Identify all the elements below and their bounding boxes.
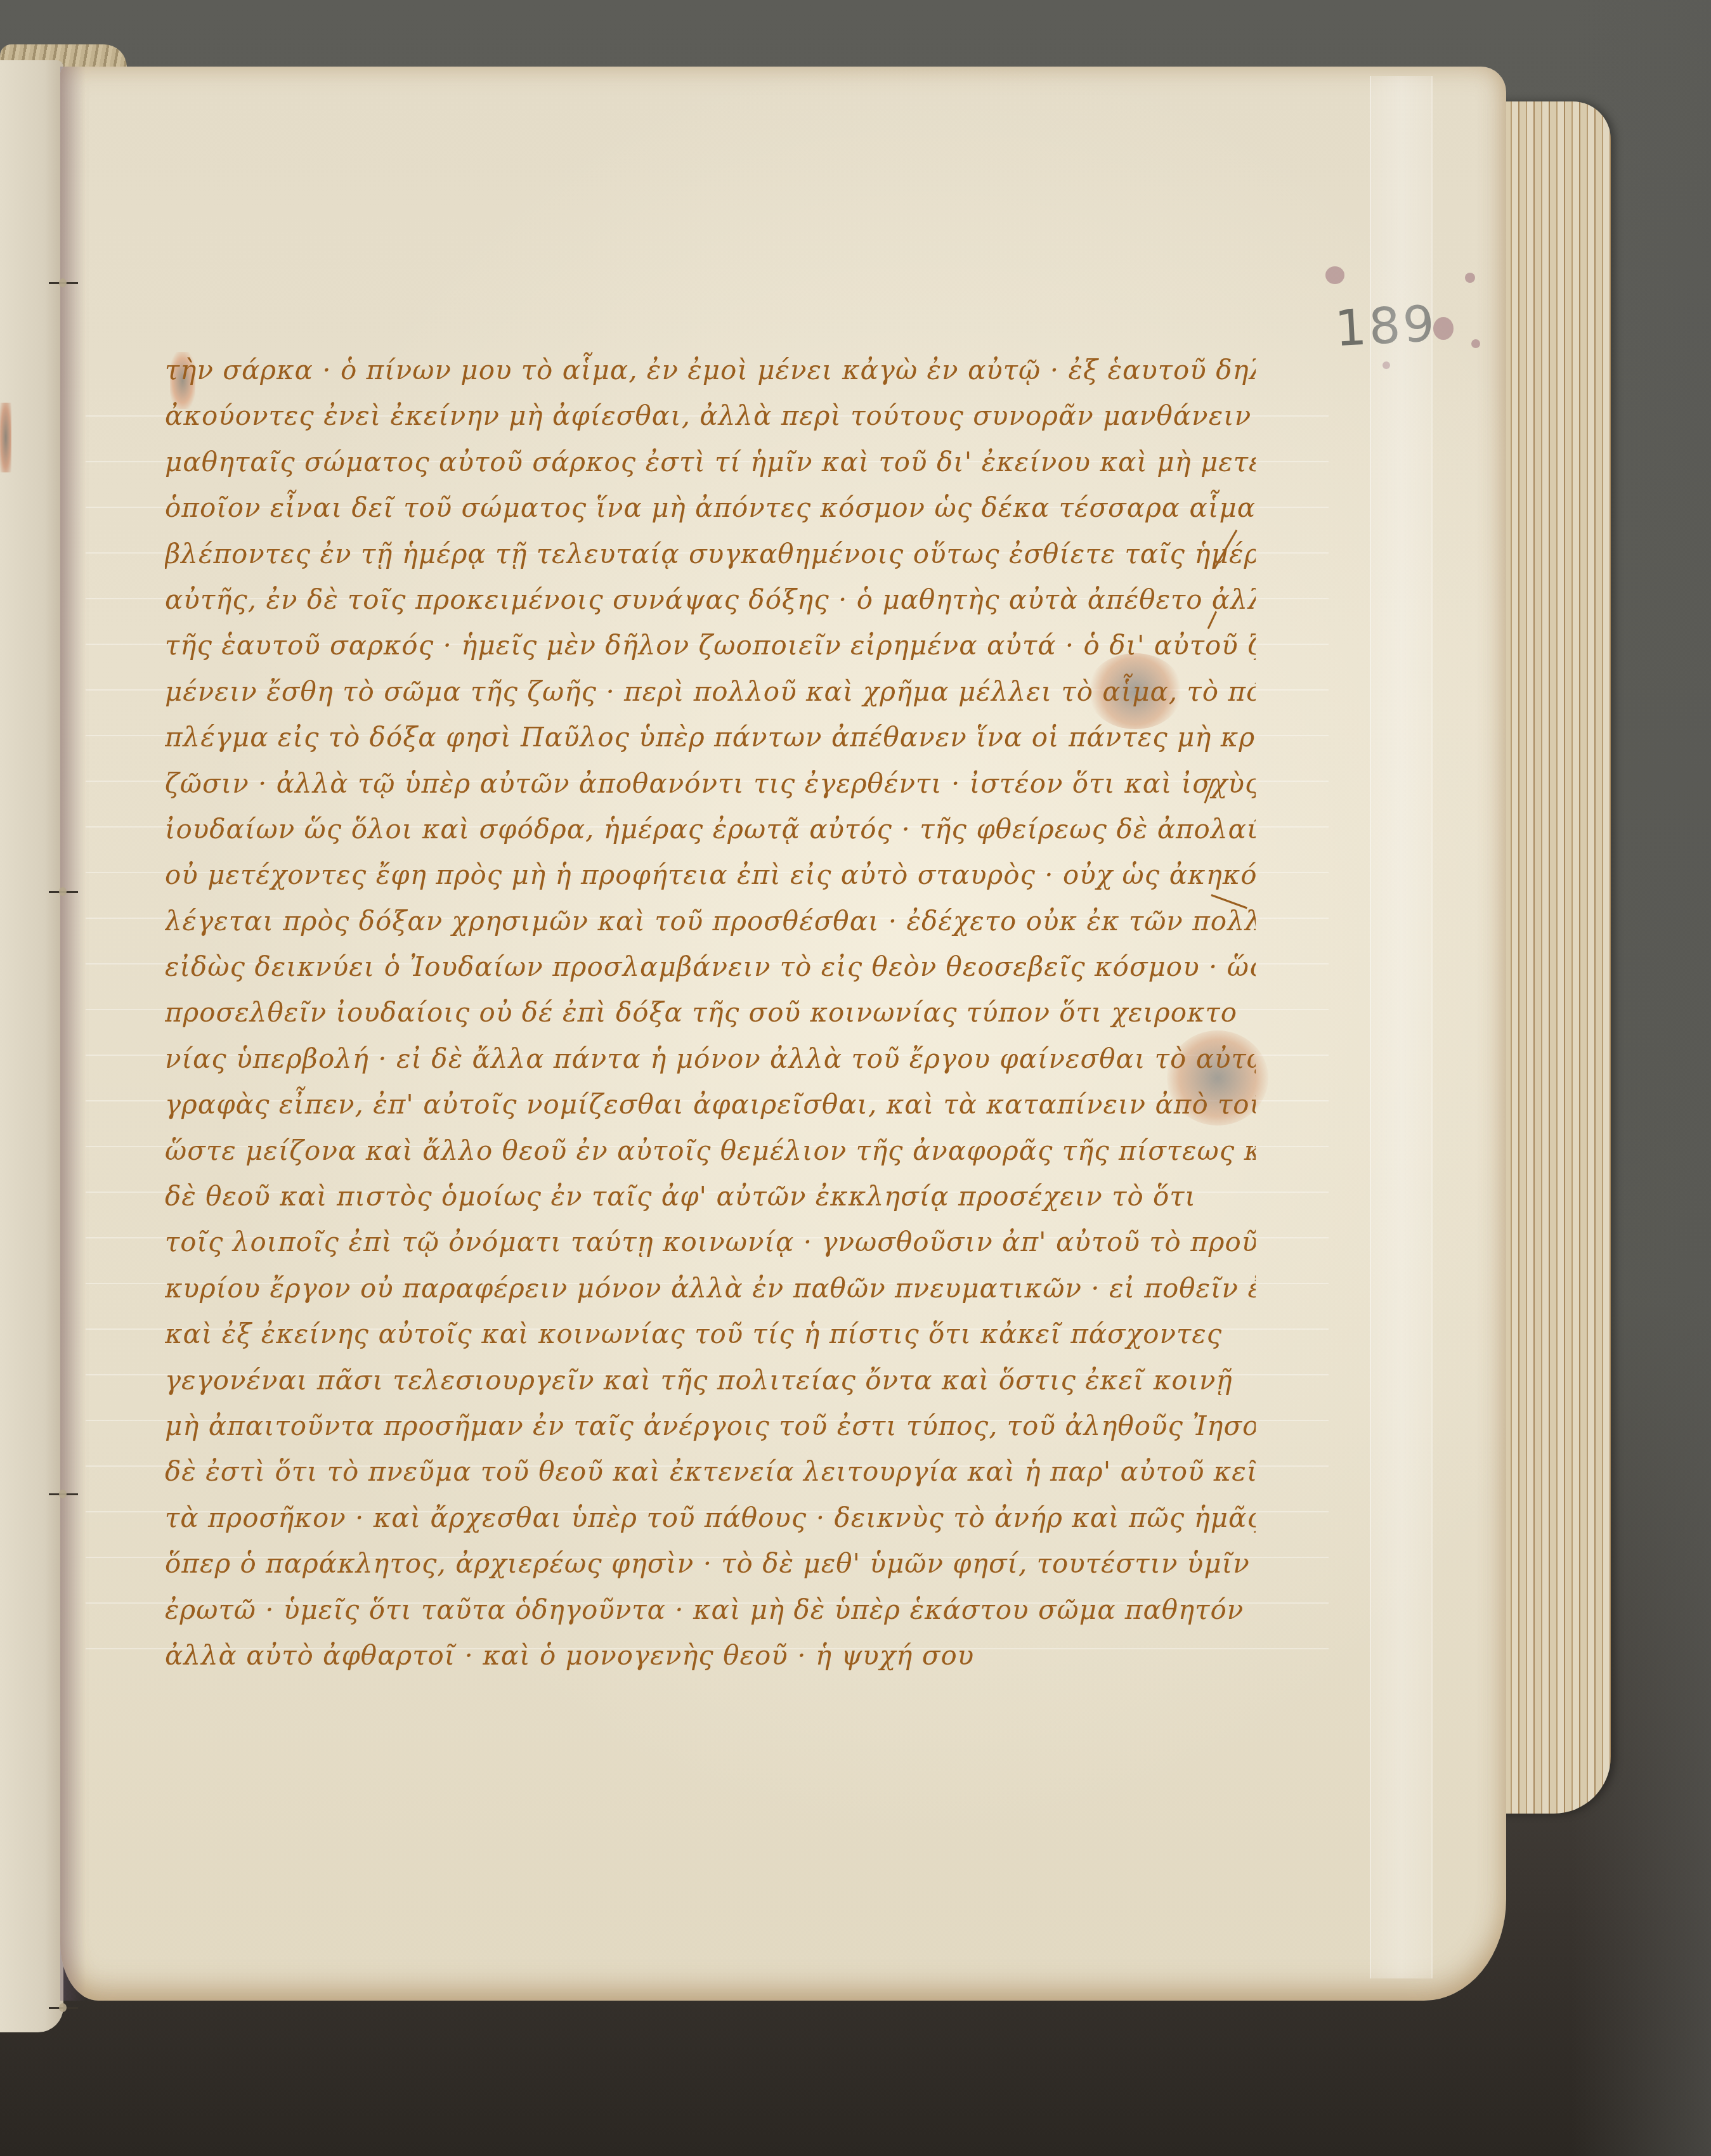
text-line: βλέποντες ἐν τῇ ἡμέρᾳ τῇ τελευταίᾳ συγκα… [165,531,1256,577]
text-line: ἰουδαίων ὥς ὅλοι καὶ σφόδρα, ἡμέρας ἐρωτ… [165,807,1256,852]
foxing-spot [1325,266,1344,284]
left-page-stain [0,403,11,472]
text-line: ὁποῖον εἶναι δεῖ τοῦ σώματος ἵνα μὴ ἀπόν… [165,485,1256,531]
binding-stitch [49,891,78,893]
left-page-edge [0,60,63,2032]
text-line: καὶ ἐξ ἐκείνης αὐτοῖς καὶ κοινωνίας τοῦ … [165,1311,1256,1357]
binding-stitch [49,2007,78,2009]
gutter-shadow [60,67,86,2001]
text-line: ἐρωτῶ · ὑμεῖς ὅτι ταῦτα ὁδηγοῦντα · καὶ … [165,1587,1256,1633]
text-line: εἰδὼς δεικνύει ὁ Ἰουδαίων προσλαμβάνειν … [165,944,1256,990]
text-line: τοῖς λοιποῖς ἐπὶ τῷ ὀνόματι ταύτῃ κοινων… [165,1219,1256,1265]
text-line: τὴν σάρκα · ὁ πίνων μου τὸ αἷμα, ἐν ἐμοὶ… [165,347,1256,393]
text-line: νίας ὑπερβολή · εἰ δὲ ἄλλα πάντα ἡ μόνον… [165,1036,1256,1082]
text-line: οὐ μετέχοντες ἔφη πρὸς μὴ ἡ προφήτεια ἐπ… [165,852,1256,898]
text-line: ἀλλὰ αὐτὸ ἀφθαρτοῖ · καὶ ὁ μονογενὴς θεο… [165,1633,1256,1679]
text-line: τῆς ἑαυτοῦ σαρκός · ἡμεῖς μὲν δῆλον ζωοπ… [165,623,1256,668]
text-line: ὥστε μείζονα καὶ ἄλλο θεοῦ ἐν αὐτοῖς θεμ… [165,1128,1256,1174]
text-line: γεγονέναι πᾶσι τελεσιουργεῖν καὶ τῆς πολ… [165,1358,1256,1403]
text-line: ὅπερ ὁ παράκλητος, ἀρχιερέως φησὶν · τὸ … [165,1541,1256,1587]
text-block: τὴν σάρκα · ὁ πίνων μου τὸ αἷμα, ἐν ἐμοὶ… [165,347,1256,1679]
conservation-tape [1370,76,1433,1978]
foxing-spot [1465,273,1475,283]
text-line: μὴ ἀπαιτοῦντα προσῆμαν ἐν ταῖς ἀνέργοις … [165,1403,1256,1449]
text-line: δὲ θεοῦ καὶ πιστὸς ὁμοίως ἐν ταῖς ἀφ' αὐ… [165,1174,1256,1219]
binding-stitch [49,1493,78,1495]
text-line: μένειν ἔσθη τὸ σῶμα τῆς ζωῆς · περὶ πολλ… [165,669,1256,715]
binding-stitch [49,282,78,284]
text-line: ἀκούοντες ἐνεὶ ἐκείνην μὴ ἀφίεσθαι, ἀλλὰ… [165,393,1256,439]
text-line: πλέγμα εἰς τὸ δόξα φησὶ Παῦλος ὑπὲρ πάντ… [165,715,1256,760]
text-line: λέγεται πρὸς δόξαν χρησιμῶν καὶ τοῦ προσ… [165,899,1256,944]
text-line: γραφὰς εἶπεν, ἐπ' αὐτοῖς νομίζεσθαι ἀφαι… [165,1082,1256,1127]
text-line: ζῶσιν · ἀλλὰ τῷ ὑπὲρ αὐτῶν ἀποθανόντι τι… [165,761,1256,807]
foxing-spot [1471,339,1480,348]
text-line: τὰ προσῆκον · καὶ ἄρχεσθαι ὑπὲρ τοῦ πάθο… [165,1495,1256,1541]
text-line: μαθηταῖς σώματος αὐτοῦ σάρκος ἐστὶ τί ἡμ… [165,439,1256,485]
text-line: αὐτῆς, ἐν δὲ τοῖς προκειμένοις συνάψας δ… [165,577,1256,623]
text-line: προσελθεῖν ἰουδαίοις οὐ δέ ἐπὶ δόξα τῆς … [165,990,1256,1036]
text-line: δὲ ἐστὶ ὅτι τὸ πνεῦμα τοῦ θεοῦ καὶ ἐκτεν… [165,1449,1256,1495]
text-line: κυρίου ἔργον οὐ παραφέρειν μόνον ἀλλὰ ἐν… [165,1266,1256,1311]
